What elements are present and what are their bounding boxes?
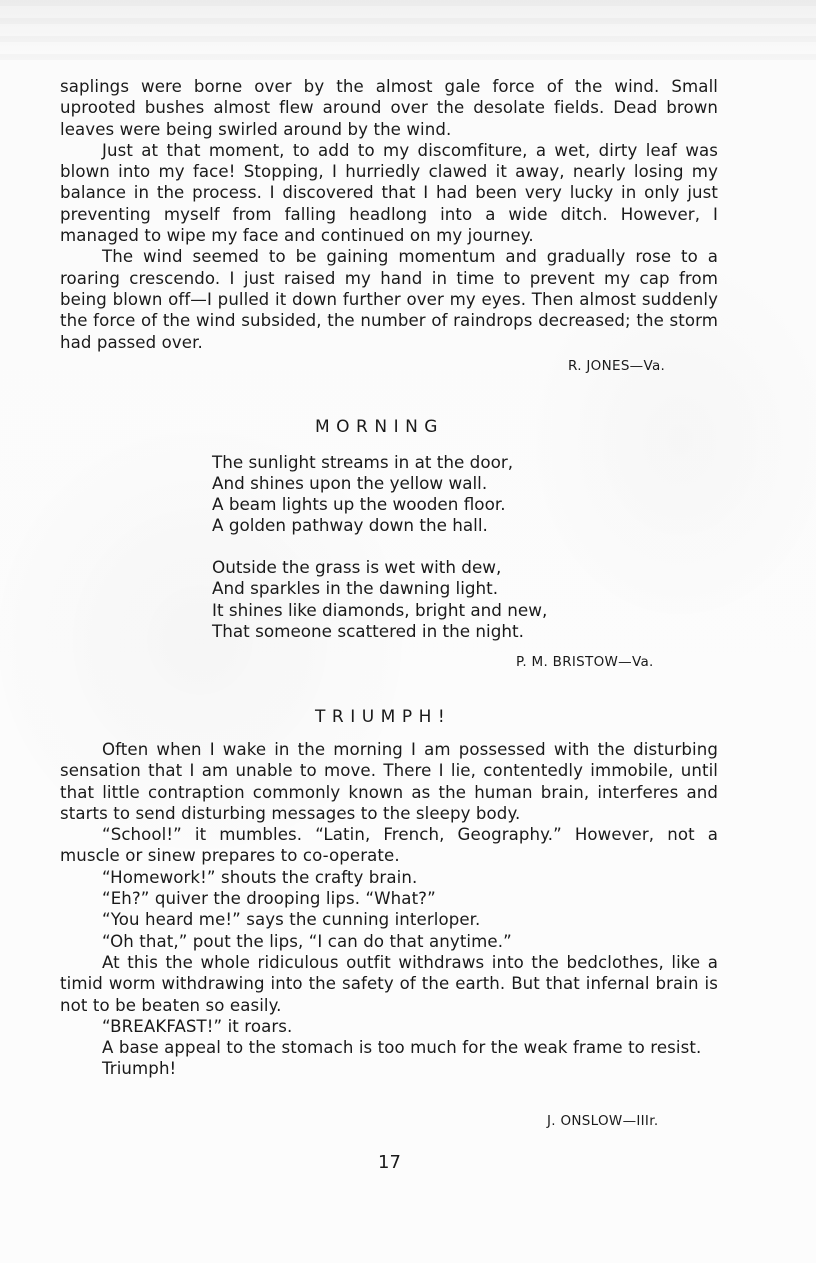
paragraph: “School!” it mumbles. “Latin, French, Ge… [60,824,718,867]
poem-title: MORNING [315,417,444,437]
poem-line: It shines like diamonds, bright and new, [212,600,547,621]
poem-line: The sunlight streams in at the door, [212,452,547,473]
story-triumph-text: Often when I wake in the morning I am po… [60,739,718,1080]
poem-stanza: The sunlight streams in at the door, And… [212,452,547,536]
paragraph: Triumph! [60,1058,718,1079]
poem-line: And shines upon the yellow wall. [212,473,547,494]
show-through-texture [0,0,816,62]
paragraph: Just at that moment, to add to my discom… [60,140,718,246]
poem-line: That someone scattered in the night. [212,621,547,642]
poem-line: And sparkles in the dawning light. [212,578,547,599]
story-title: TRIUMPH! [315,707,451,727]
paragraph: “Eh?” quiver the drooping lips. “What?” [60,888,718,909]
poem-body: The sunlight streams in at the door, And… [212,452,547,663]
author-signature: P. M. BRISTOW—Va. [516,654,654,670]
poem-line: A beam lights up the wooden floor. [212,494,547,515]
paragraph: “You heard me!” says the cunning interlo… [60,909,718,930]
paragraph: “Homework!” shouts the crafty brain. [60,867,718,888]
poem-line: Outside the grass is wet with dew, [212,557,547,578]
scanned-page: saplings were borne over by the almost g… [0,0,816,1263]
paragraph: At this the whole ridiculous outfit with… [60,952,718,1016]
poem-line: A golden pathway down the hall. [212,515,547,536]
story-wind-text: saplings were borne over by the almost g… [60,76,718,353]
paragraph: A base appeal to the stomach is too much… [60,1037,718,1058]
paragraph: The wind seemed to be gaining momentum a… [60,246,718,352]
author-signature: R. JONES—Va. [568,358,665,374]
poem-stanza: Outside the grass is wet with dew, And s… [212,557,547,641]
paragraph: “Oh that,” pout the lips, “I can do that… [60,931,718,952]
paragraph: “BREAKFAST!” it roars. [60,1016,718,1037]
page-number: 17 [378,1152,401,1173]
paragraph: saplings were borne over by the almost g… [60,76,718,140]
paragraph: Often when I wake in the morning I am po… [60,739,718,824]
author-signature: J. ONSLOW—IIIr. [547,1113,658,1129]
